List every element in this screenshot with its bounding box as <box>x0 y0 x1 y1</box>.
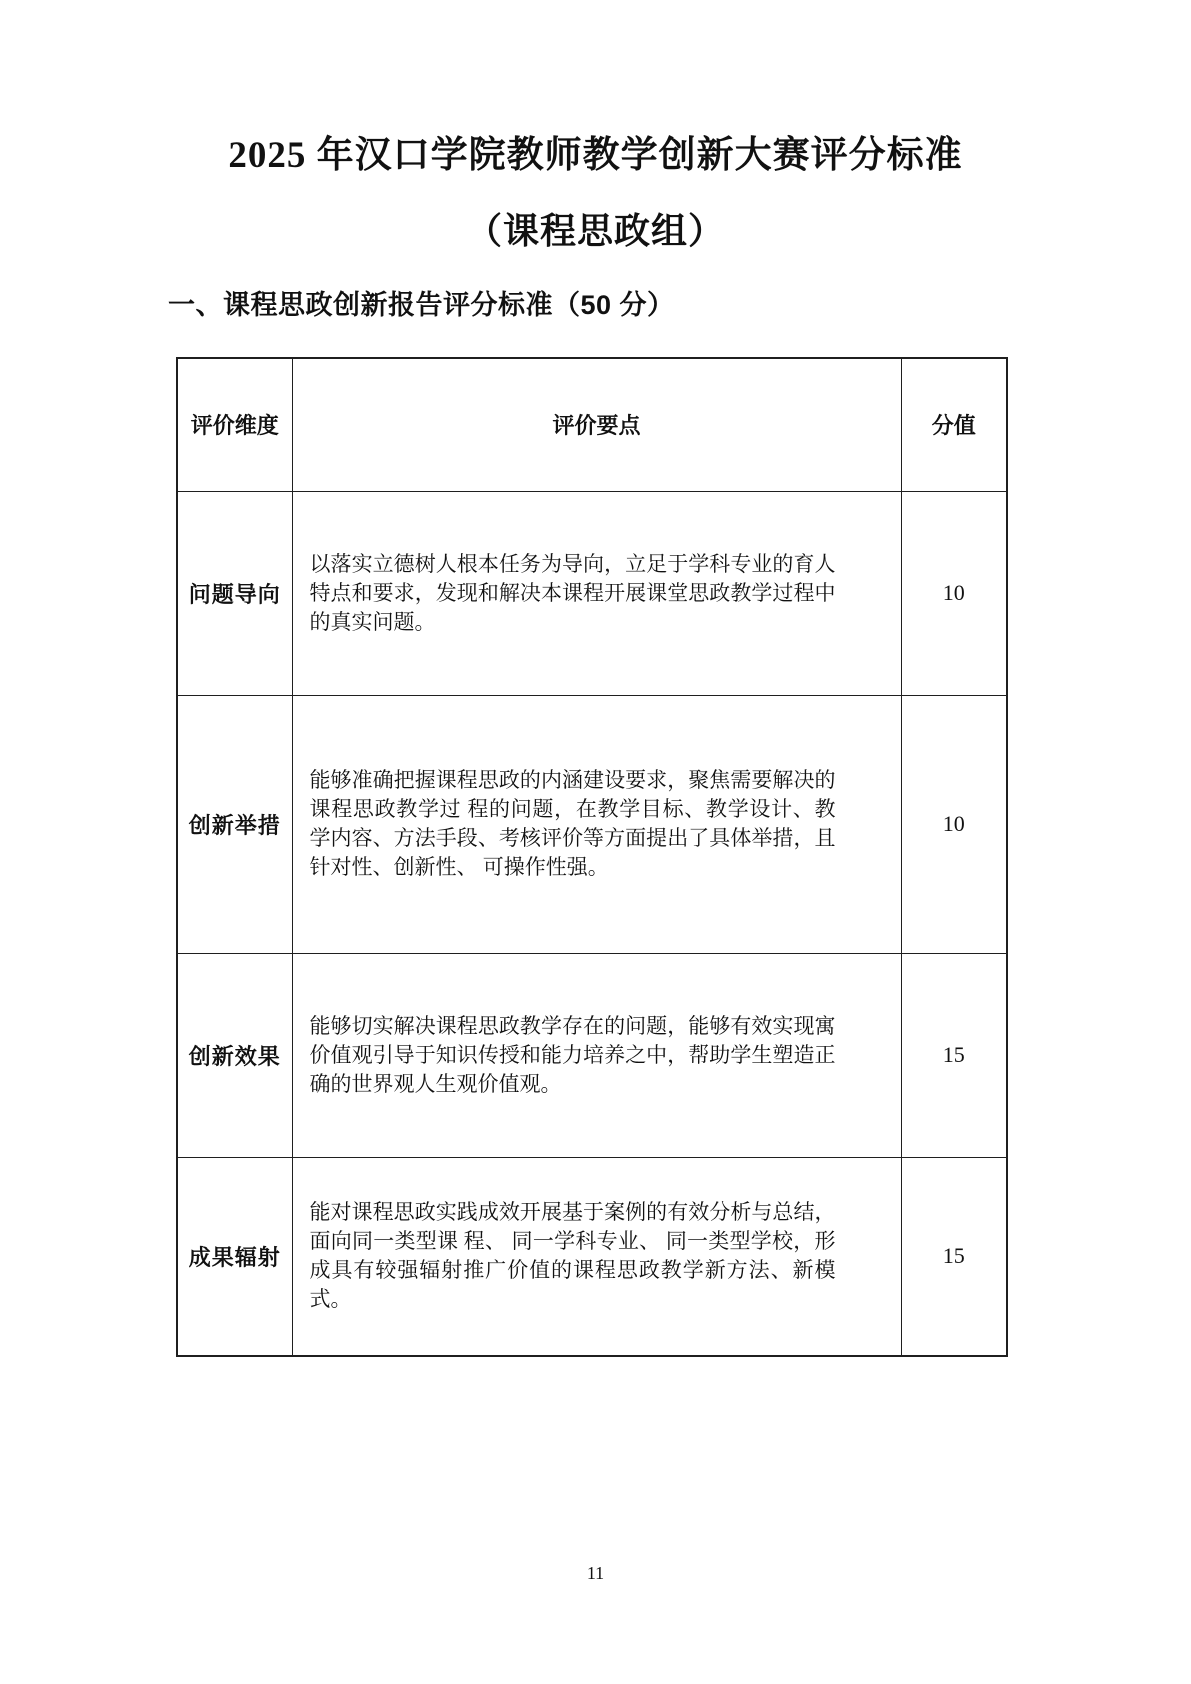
header-cell-dimension: 评价维度 <box>177 358 292 491</box>
table-row: 创新举措 能够准确把握课程思政的内涵建设要求，聚焦需要解决的课程思政教学过 程的… <box>177 695 1007 953</box>
page-number: 11 <box>0 1563 1191 1584</box>
table-row: 成果辐射 能对课程思政实践成效开展基于案例的有效分析与总结，面向同一类型课 程、… <box>177 1157 1007 1356</box>
cell-dimension: 问题导向 <box>177 491 292 695</box>
scoring-table: 评价维度 评价要点 分值 问题导向 以落实立德树人根本任务为导向，立足于学科专业… <box>176 357 1008 1357</box>
section-heading: 一、课程思政创新报告评分标准（50 分） <box>168 283 675 322</box>
cell-criteria: 能对课程思政实践成效开展基于案例的有效分析与总结，面向同一类型课 程、 同一学科… <box>292 1157 901 1356</box>
table-row: 创新效果 能够切实解决课程思政教学存在的问题，能够有效实现寓价值观引导于知识传授… <box>177 953 1007 1157</box>
document-subtitle: （课程思政组） <box>0 203 1191 254</box>
cell-dimension: 创新举措 <box>177 695 292 953</box>
document-title: 2025 年汉口学院教师教学创新大赛评分标准 <box>0 132 1191 180</box>
cell-score: 15 <box>901 953 1007 1157</box>
cell-score: 10 <box>901 491 1007 695</box>
cell-dimension: 成果辐射 <box>177 1157 292 1356</box>
table-header-row: 评价维度 评价要点 分值 <box>177 358 1007 491</box>
header-cell-score: 分值 <box>901 358 1007 491</box>
cell-score: 15 <box>901 1157 1007 1356</box>
cell-criteria: 能够切实解决课程思政教学存在的问题，能够有效实现寓价值观引导于知识传授和能力培养… <box>292 953 901 1157</box>
cell-criteria: 以落实立德树人根本任务为导向，立足于学科专业的育人特点和要求，发现和解决本课程开… <box>292 491 901 695</box>
cell-dimension: 创新效果 <box>177 953 292 1157</box>
header-cell-criteria: 评价要点 <box>292 358 901 491</box>
cell-criteria: 能够准确把握课程思政的内涵建设要求，聚焦需要解决的课程思政教学过 程的问题，在教… <box>292 695 901 953</box>
table-row: 问题导向 以落实立德树人根本任务为导向，立足于学科专业的育人特点和要求，发现和解… <box>177 491 1007 695</box>
cell-score: 10 <box>901 695 1007 953</box>
